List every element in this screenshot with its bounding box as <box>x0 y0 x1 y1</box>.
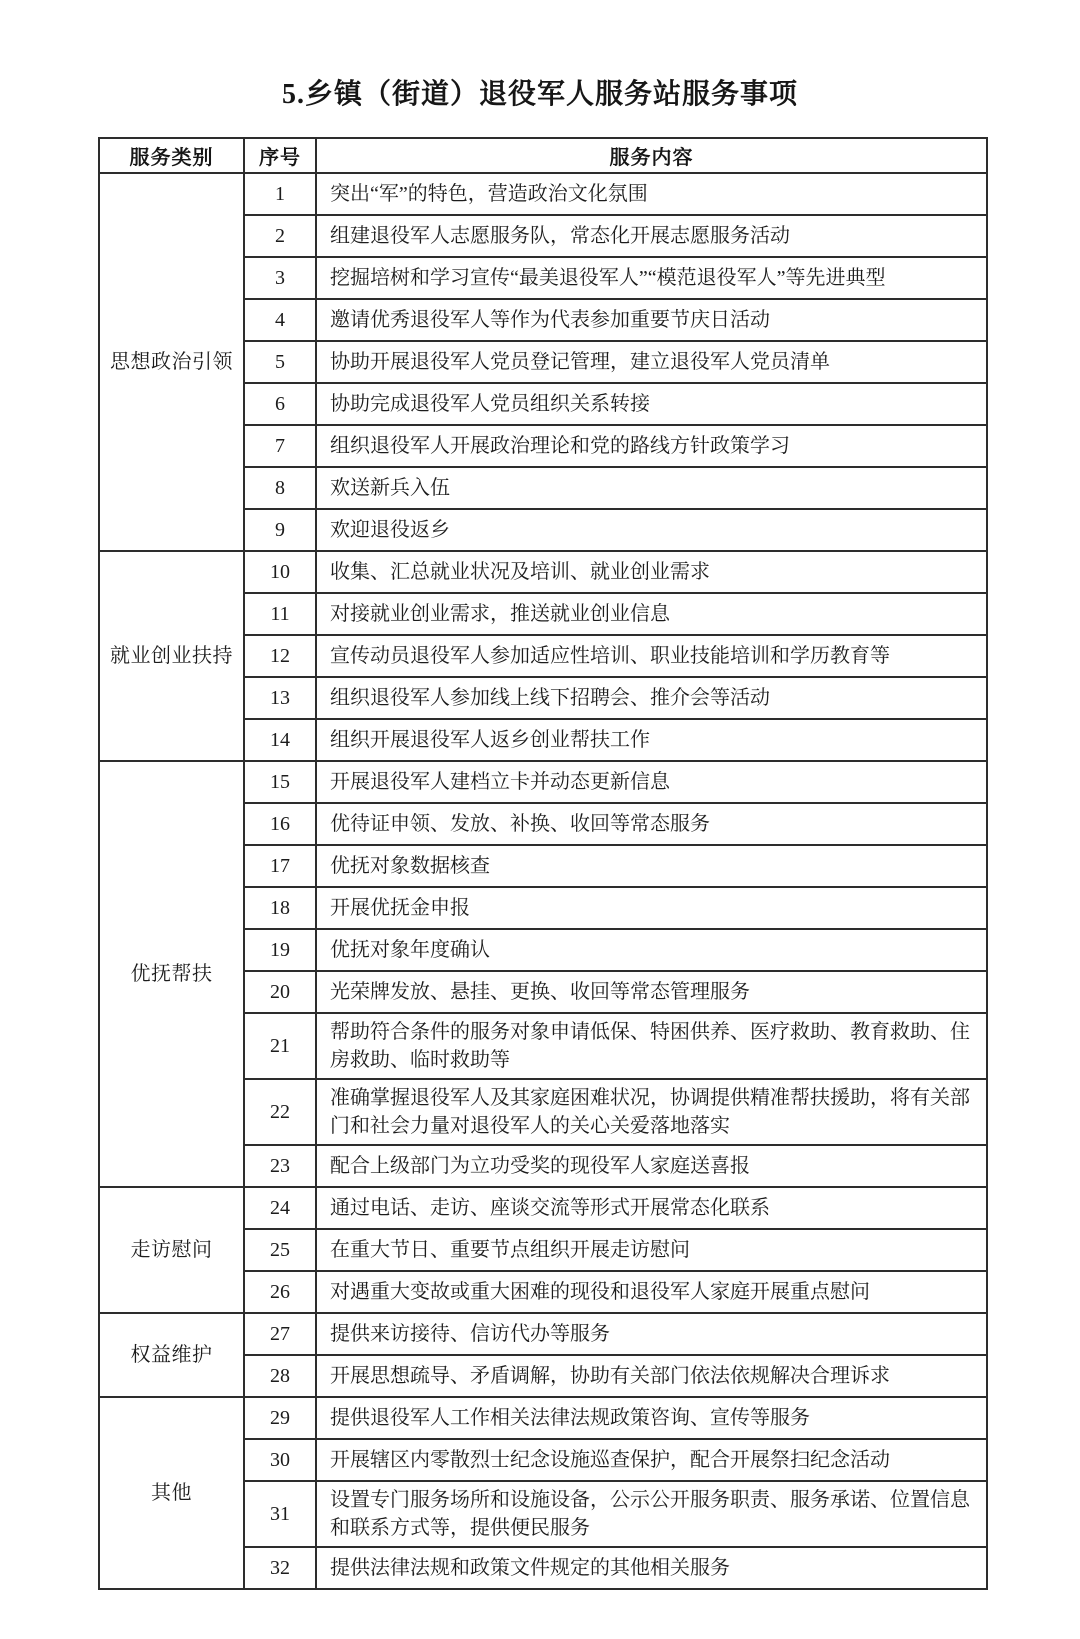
header-service-category: 服务类别 <box>99 138 244 173</box>
table-row: 优抚帮扶15开展退役军人建档立卡并动态更新信息 <box>99 761 987 803</box>
category-cell: 其他 <box>99 1397 244 1589</box>
service-content-cell: 突出“军”的特色，营造政治文化氛围 <box>316 173 987 215</box>
service-content-cell: 挖掘培树和学习宣传“最美退役军人”“模范退役军人”等先进典型 <box>316 257 987 299</box>
table-row: 就业创业扶持10收集、汇总就业状况及培训、就业创业需求 <box>99 551 987 593</box>
header-service-content: 服务内容 <box>316 138 987 173</box>
serial-number-cell: 14 <box>244 719 316 761</box>
service-content-cell: 开展辖区内零散烈士纪念设施巡查保护，配合开展祭扫纪念活动 <box>316 1439 987 1481</box>
serial-number-cell: 28 <box>244 1355 316 1397</box>
service-content-cell: 帮助符合条件的服务对象申请低保、特困供养、医疗救助、教育救助、住房救助、临时救助… <box>316 1013 987 1079</box>
service-content-cell: 设置专门服务场所和设施设备，公示公开服务职责、服务承诺、位置信息和联系方式等，提… <box>316 1481 987 1547</box>
serial-number-cell: 12 <box>244 635 316 677</box>
page-title: 5.乡镇（街道）退役军人服务站服务事项 <box>0 72 1080 112</box>
document-page: 5.乡镇（街道）退役军人服务站服务事项 服务类别 序号 服务内容 思想政治引领1… <box>0 0 1080 1639</box>
service-content-cell: 欢迎退役返乡 <box>316 509 987 551</box>
table-row: 走访慰问24通过电话、走访、座谈交流等形式开展常态化联系 <box>99 1187 987 1229</box>
serial-number-cell: 5 <box>244 341 316 383</box>
serial-number-cell: 24 <box>244 1187 316 1229</box>
serial-number-cell: 31 <box>244 1481 316 1547</box>
service-content-cell: 组织退役军人开展政治理论和党的路线方针政策学习 <box>316 425 987 467</box>
service-content-cell: 协助完成退役军人党员组织关系转接 <box>316 383 987 425</box>
category-cell: 就业创业扶持 <box>99 551 244 761</box>
service-content-cell: 组织开展退役军人返乡创业帮扶工作 <box>316 719 987 761</box>
serial-number-cell: 23 <box>244 1145 316 1187</box>
service-content-cell: 优抚对象年度确认 <box>316 929 987 971</box>
serial-number-cell: 6 <box>244 383 316 425</box>
serial-number-cell: 2 <box>244 215 316 257</box>
serial-number-cell: 20 <box>244 971 316 1013</box>
serial-number-cell: 7 <box>244 425 316 467</box>
service-content-cell: 邀请优秀退役军人等作为代表参加重要节庆日活动 <box>316 299 987 341</box>
service-content-cell: 欢送新兵入伍 <box>316 467 987 509</box>
service-content-cell: 开展优抚金申报 <box>316 887 987 929</box>
service-content-cell: 协助开展退役军人党员登记管理，建立退役军人党员清单 <box>316 341 987 383</box>
serial-number-cell: 9 <box>244 509 316 551</box>
table-header: 服务类别 序号 服务内容 <box>99 138 987 173</box>
service-content-cell: 组织退役军人参加线上线下招聘会、推介会等活动 <box>316 677 987 719</box>
serial-number-cell: 25 <box>244 1229 316 1271</box>
service-content-cell: 光荣牌发放、悬挂、更换、收回等常态管理服务 <box>316 971 987 1013</box>
serial-number-cell: 4 <box>244 299 316 341</box>
service-content-cell: 准确掌握退役军人及其家庭困难状况，协调提供精准帮扶援助，将有关部门和社会力量对退… <box>316 1079 987 1145</box>
service-content-cell: 对接就业创业需求，推送就业创业信息 <box>316 593 987 635</box>
service-content-cell: 通过电话、走访、座谈交流等形式开展常态化联系 <box>316 1187 987 1229</box>
service-content-cell: 开展思想疏导、矛盾调解，协助有关部门依法依规解决合理诉求 <box>316 1355 987 1397</box>
table-row: 权益维护27提供来访接待、信访代办等服务 <box>99 1313 987 1355</box>
serial-number-cell: 11 <box>244 593 316 635</box>
category-cell: 走访慰问 <box>99 1187 244 1313</box>
serial-number-cell: 26 <box>244 1271 316 1313</box>
header-serial-number: 序号 <box>244 138 316 173</box>
serial-number-cell: 15 <box>244 761 316 803</box>
serial-number-cell: 13 <box>244 677 316 719</box>
service-content-cell: 组建退役军人志愿服务队，常态化开展志愿服务活动 <box>316 215 987 257</box>
service-content-cell: 收集、汇总就业状况及培训、就业创业需求 <box>316 551 987 593</box>
serial-number-cell: 16 <box>244 803 316 845</box>
service-content-cell: 提供退役军人工作相关法律法规政策咨询、宣传等服务 <box>316 1397 987 1439</box>
category-cell: 优抚帮扶 <box>99 761 244 1187</box>
serial-number-cell: 3 <box>244 257 316 299</box>
service-content-cell: 宣传动员退役军人参加适应性培训、职业技能培训和学历教育等 <box>316 635 987 677</box>
serial-number-cell: 21 <box>244 1013 316 1079</box>
serial-number-cell: 1 <box>244 173 316 215</box>
category-cell: 思想政治引领 <box>99 173 244 551</box>
serial-number-cell: 29 <box>244 1397 316 1439</box>
service-content-cell: 提供法律法规和政策文件规定的其他相关服务 <box>316 1547 987 1589</box>
service-content-cell: 提供来访接待、信访代办等服务 <box>316 1313 987 1355</box>
serial-number-cell: 30 <box>244 1439 316 1481</box>
serial-number-cell: 18 <box>244 887 316 929</box>
serial-number-cell: 8 <box>244 467 316 509</box>
serial-number-cell: 17 <box>244 845 316 887</box>
table-row: 其他29提供退役军人工作相关法律法规政策咨询、宣传等服务 <box>99 1397 987 1439</box>
serial-number-cell: 10 <box>244 551 316 593</box>
serial-number-cell: 27 <box>244 1313 316 1355</box>
service-content-cell: 配合上级部门为立功受奖的现役军人家庭送喜报 <box>316 1145 987 1187</box>
serial-number-cell: 32 <box>244 1547 316 1589</box>
service-content-cell: 开展退役军人建档立卡并动态更新信息 <box>316 761 987 803</box>
serial-number-cell: 19 <box>244 929 316 971</box>
service-table: 服务类别 序号 服务内容 思想政治引领1突出“军”的特色，营造政治文化氛围2组建… <box>98 137 988 1590</box>
table-body: 思想政治引领1突出“军”的特色，营造政治文化氛围2组建退役军人志愿服务队，常态化… <box>99 173 987 1589</box>
serial-number-cell: 22 <box>244 1079 316 1145</box>
header-row: 服务类别 序号 服务内容 <box>99 138 987 173</box>
table-row: 思想政治引领1突出“军”的特色，营造政治文化氛围 <box>99 173 987 215</box>
service-content-cell: 在重大节日、重要节点组织开展走访慰问 <box>316 1229 987 1271</box>
category-cell: 权益维护 <box>99 1313 244 1397</box>
service-content-cell: 优待证申领、发放、补换、收回等常态服务 <box>316 803 987 845</box>
service-content-cell: 对遇重大变故或重大困难的现役和退役军人家庭开展重点慰问 <box>316 1271 987 1313</box>
service-content-cell: 优抚对象数据核查 <box>316 845 987 887</box>
